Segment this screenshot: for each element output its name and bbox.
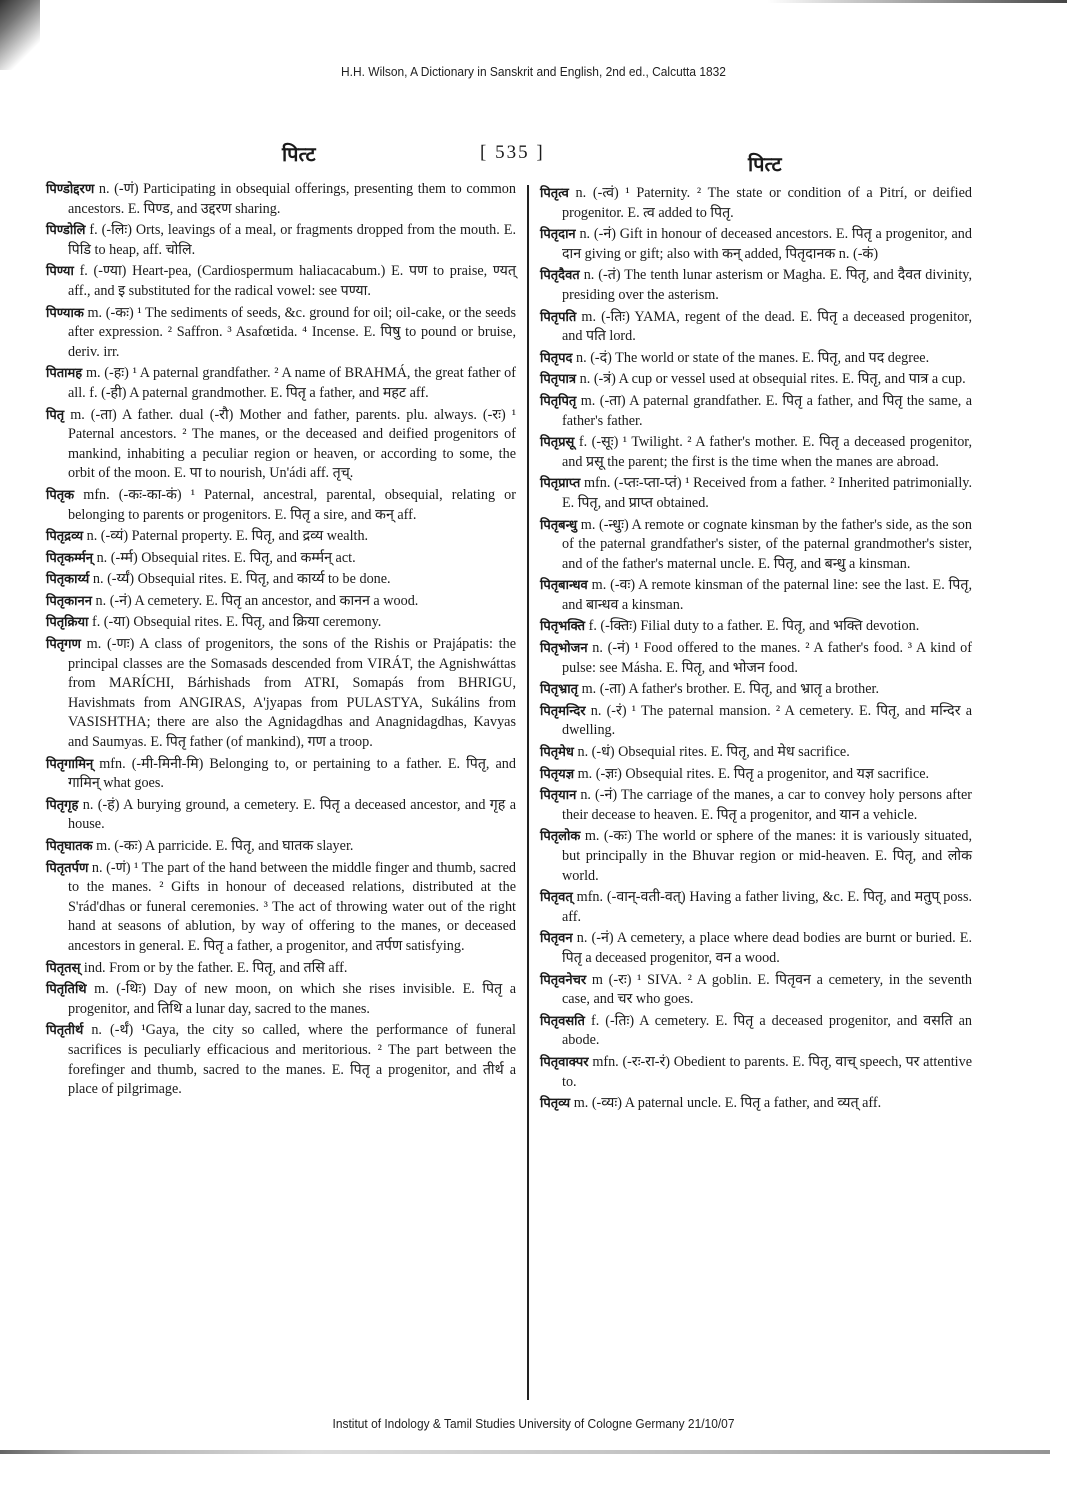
- entry-definition: f. (-लिः) Orts, leavings of a meal, or f…: [68, 222, 516, 258]
- column-divider: [527, 185, 529, 1400]
- entry-headword: पितृपद: [540, 351, 572, 366]
- entry-definition: n. (-नं) The carriage of the manes, a ca…: [562, 787, 972, 823]
- dictionary-entry: पितृबान्धव m. (-वः) A remote kinsman of …: [540, 576, 972, 615]
- dictionary-entry: पितृपितृ m. (-ता) A paternal grandfather…: [540, 392, 972, 431]
- entry-headword: पितृमेध: [540, 745, 574, 760]
- entry-headword: पितृगामिन्: [46, 757, 93, 772]
- entry-headword: पितृत्व: [540, 186, 569, 201]
- dictionary-entry: पिण्डोलि f. (-लिः) Orts, leavings of a m…: [46, 221, 516, 260]
- entry-definition: m. (-कः) ¹ The sediments of seeds, &c. g…: [68, 305, 516, 360]
- dictionary-entry: पितृमेध n. (-धं) Obsequial rites. E. पित…: [540, 743, 972, 763]
- dictionary-entry: पितृभोजन n. (-नं) ¹ Food offered to the …: [540, 639, 972, 678]
- entry-definition: m. (-कः) The world or sphere of the mane…: [562, 828, 972, 883]
- entry-definition: n. (-नं) Gift in honour of deceased ance…: [562, 226, 972, 262]
- dictionary-entry: पितृगण m. (-णः) A class of progenitors, …: [46, 635, 516, 753]
- dictionary-entry: पितृमन्दिर n. (-रं) ¹ The paternal mansi…: [540, 702, 972, 741]
- entry-headword: पिण्डोलि: [46, 223, 85, 238]
- entry-definition: n. (-नं) A cemetery, a place where dead …: [562, 930, 972, 966]
- entry-definition: n. (-तं) The tenth lunar asterism or Mag…: [562, 267, 972, 303]
- dictionary-entry: पितृबन्धु m. (-न्धुः) A remote or cognat…: [540, 516, 972, 575]
- entry-headword: पितृतर्पण: [46, 861, 88, 876]
- entry-headword: पितृवनेचर: [540, 973, 586, 988]
- dictionary-entry: पितृवत् mfn. (-वान्-वती-वत्) Having a fa…: [540, 888, 972, 927]
- entry-headword: पितृपितृ: [540, 394, 576, 409]
- dictionary-entry: पितृक्रिया f. (-या) Obsequial rites. E. …: [46, 613, 516, 633]
- entry-definition: n. (-नं) A cemetery. E. पितृ an ancestor…: [96, 593, 419, 609]
- entry-definition: n. (-त्वं) ¹ Paternity. ² The state or c…: [562, 185, 972, 221]
- entry-definition: n. (-णं) Participating in obsequial offe…: [68, 181, 516, 217]
- entry-headword: पितृतस्: [46, 961, 80, 976]
- entry-definition: mfn. (-वान्-वती-वत्) Having a father liv…: [562, 889, 972, 925]
- entry-headword: पिण्याक: [46, 306, 84, 321]
- entry-headword: पितृतिथि: [46, 982, 87, 997]
- entry-headword: पितृप्राप्त: [540, 476, 580, 491]
- entry-headword: पितृदैवत: [540, 268, 580, 283]
- dictionary-entry: पितृपात्र n. (-त्रं) A cup or vessel use…: [540, 370, 972, 390]
- entry-headword: पितृक्रिया: [46, 615, 88, 630]
- entry-definition: m. (-वः) A remote kinsman of the paterna…: [562, 577, 972, 613]
- entry-headword: पितृकार्य्य: [46, 572, 89, 587]
- dictionary-entry: पिण्या f. (-ण्या) Heart-pea, (Cardiosper…: [46, 262, 516, 301]
- entry-definition: n. (-रं) ¹ The paternal mansion. ² A cem…: [562, 703, 972, 739]
- entry-definition: n. (-हं) A burying ground, a cemetery. E…: [68, 797, 516, 833]
- entry-headword: पितृवसति: [540, 1014, 585, 1029]
- entry-headword: पितृभक्ति: [540, 619, 585, 634]
- entry-definition: f. (-क्तिः) Filial duty to a father. E. …: [589, 618, 920, 634]
- entry-headword: पितृकर्म्मन्: [46, 551, 93, 566]
- dictionary-entry: पितृदान n. (-नं) Gift in honour of decea…: [540, 225, 972, 264]
- entry-definition: m. (-तिः) YAMA, regent of the dead. E. प…: [562, 309, 972, 345]
- entry-definition: m. (-ता) A paternal grandfather. E. पितृ…: [562, 393, 972, 429]
- header-credit: H.H. Wilson, A Dictionary in Sanskrit an…: [43, 64, 1025, 79]
- entry-headword: पितृबान्धव: [540, 578, 588, 593]
- dictionary-entry: पितृतिथि m. (-थिः) Day of new moon, on w…: [46, 980, 516, 1019]
- entry-definition: m. (-हः) ¹ A paternal grandfather. ² A n…: [68, 365, 516, 401]
- dictionary-entry: पितृकानन n. (-नं) A cemetery. E. पितृ an…: [46, 592, 516, 612]
- dictionary-entry: पितृवनेचर m (-रः) ¹ SIVA. ² A goblin. E.…: [540, 971, 972, 1010]
- entry-headword: पितृपात्र: [540, 372, 576, 387]
- dictionary-entry: पितृव्य m. (-व्यः) A paternal uncle. E. …: [540, 1094, 972, 1114]
- entry-definition: mfn. (-मी-मिनी-मि) Belonging to, or pert…: [68, 756, 516, 792]
- dictionary-entry: पितृक mfn. (-कः-का-कं) ¹ Paternal, ances…: [46, 486, 516, 525]
- dictionary-entry: पितृगृह n. (-हं) A burying ground, a cem…: [46, 796, 516, 835]
- entry-definition: n. (-त्रं) A cup or vessel used at obseq…: [580, 371, 966, 387]
- entry-definition: ind. From or by the father. E. पितृ, and…: [84, 960, 348, 976]
- entry-definition: mfn. (-कः-का-कं) ¹ Paternal, ancestral, …: [68, 487, 516, 523]
- entry-headword: पितृवाक्पर: [540, 1055, 589, 1070]
- dictionary-entry: पितृवाक्पर mfn. (-रः-रा-रं) Obedient to …: [540, 1053, 972, 1092]
- entry-definition: mfn. (-प्तः-प्ता-प्तं) ¹ Received from a…: [562, 475, 972, 511]
- entry-definition: n. (-र्य्यं) Obsequial rites. E. पितृ, a…: [93, 571, 391, 587]
- entry-definition: m. (-ज्ञः) Obsequial rites. E. पितृ a pr…: [578, 766, 930, 782]
- dictionary-entry: पितृगामिन् mfn. (-मी-मिनी-मि) Belonging …: [46, 755, 516, 794]
- entry-headword: पितृघातक: [46, 839, 93, 854]
- entry-headword: पितृ: [46, 408, 64, 423]
- entry-headword: पितृद्रव्य: [46, 529, 83, 544]
- entry-definition: n. (-र्म्म) Obsequial rites. E. पितृ, an…: [97, 550, 356, 566]
- entry-headword: पितृदान: [540, 227, 576, 242]
- dictionary-entry: पितृलोक m. (-कः) The world or sphere of …: [540, 827, 972, 886]
- dictionary-entry: पितृघातक m. (-कः) A parricide. E. पितृ, …: [46, 837, 516, 857]
- dictionary-entry: पितृदैवत n. (-तं) The tenth lunar asteri…: [540, 266, 972, 305]
- dictionary-entry: पितृयान n. (-नं) The carriage of the man…: [540, 786, 972, 825]
- entry-definition: f. (-तिः) A cemetery. E. पितृ a deceased…: [562, 1013, 972, 1049]
- entry-headword: पितृपति: [540, 310, 576, 325]
- entry-definition: f. (-सूः) ¹ Twilight. ² A father's mothe…: [562, 434, 972, 470]
- entry-headword: पिण्या: [46, 264, 74, 279]
- entry-definition: f. (-ण्या) Heart-pea, (Cardiospermum hal…: [68, 263, 516, 299]
- dictionary-entry: पितृयज्ञ m. (-ज्ञः) Obsequial rites. E. …: [540, 765, 972, 785]
- entry-headword: पितामह: [46, 366, 82, 381]
- page-number: [ 535 ]: [480, 142, 545, 164]
- entry-headword: पितृभोजन: [540, 641, 588, 656]
- footer-credit: Institut of Indology & Tamil Studies Uni…: [43, 1416, 1025, 1431]
- entry-headword: पितृतीर्थ: [46, 1023, 83, 1038]
- entry-headword: पितृगृह: [46, 798, 78, 813]
- dictionary-entry: पितृ m. (-ता) A father. dual (-रौ) Mothe…: [46, 406, 516, 484]
- dictionary-entry: पितृतर्पण n. (-णं) ¹ The part of the han…: [46, 859, 516, 957]
- left-column: पिण्डोद्दरण n. (-णं) Participating in ob…: [46, 180, 516, 1102]
- dictionary-entry: पितृकार्य्य n. (-र्य्यं) Obsequial rites…: [46, 570, 516, 590]
- scan-edge-line-top: [767, 0, 1067, 3]
- entry-definition: m. (-व्यः) A paternal uncle. E. पितृ a f…: [574, 1095, 881, 1111]
- entry-headword: पितृलोक: [540, 829, 580, 844]
- entry-headword: पितृबन्धु: [540, 518, 577, 533]
- right-column: पितृत्व n. (-त्वं) ¹ Paternity. ² The st…: [540, 184, 972, 1116]
- entry-definition: m (-रः) ¹ SIVA. ² A goblin. E. पितृवन a …: [562, 972, 972, 1008]
- entry-headword: पितृकानन: [46, 594, 92, 609]
- dictionary-entry: पिण्डोद्दरण n. (-णं) Participating in ob…: [46, 180, 516, 219]
- entry-definition: n. (-र्थं) ¹Gaya, the city so called, wh…: [68, 1022, 516, 1097]
- entry-headword: पितृवत्: [540, 890, 573, 905]
- entry-headword: पितृव्य: [540, 1096, 570, 1111]
- entry-definition: n. (-नं) ¹ Food offered to the manes. ² …: [562, 640, 972, 676]
- dictionary-entry: पितृप्रसू f. (-सूः) ¹ Twilight. ² A fath…: [540, 433, 972, 472]
- entry-headword: पितृवन: [540, 931, 573, 946]
- dictionary-entry: पितृतीर्थ n. (-र्थं) ¹Gaya, the city so …: [46, 1021, 516, 1099]
- entry-definition: n. (-व्यं) Paternal property. E. पितृ, a…: [87, 528, 369, 544]
- dictionary-entry: पितृपद n. (-दं) The world or state of th…: [540, 349, 972, 369]
- dictionary-entry: पितृप्राप्त mfn. (-प्तः-प्ता-प्तं) ¹ Rec…: [540, 474, 972, 513]
- entry-definition: m. (-कः) A parricide. E. पितृ, and घातक …: [96, 838, 353, 854]
- entry-headword: पितृभ्रातृ: [540, 682, 578, 697]
- entry-definition: m. (-ता) A father's brother. E. पितृ, an…: [582, 681, 879, 697]
- entry-definition: n. (-धं) Obsequial rites. E. पितृ, and म…: [577, 744, 849, 760]
- entry-definition: m. (-ता) A father. dual (-रौ) Mother and…: [68, 407, 516, 482]
- entry-headword: पितृक: [46, 488, 74, 503]
- running-head-right: पित्ट: [748, 150, 782, 177]
- entry-definition: mfn. (-रः-रा-रं) Obedient to parents. E.…: [562, 1054, 972, 1090]
- entry-headword: पिण्डोद्दरण: [46, 182, 94, 197]
- entry-definition: m. (-णः) A class of progenitors, the son…: [68, 636, 516, 750]
- scan-edge-shadow: [0, 0, 40, 70]
- entry-headword: पितृप्रसू: [540, 435, 574, 450]
- entry-definition: n. (-णं) ¹ The part of the hand between …: [68, 860, 516, 954]
- entry-definition: n. (-दं) The world or state of the manes…: [576, 350, 929, 366]
- dictionary-entry: पितृद्रव्य n. (-व्यं) Paternal property.…: [46, 527, 516, 547]
- entry-headword: पितृमन्दिर: [540, 704, 586, 719]
- dictionary-entry: पितृभक्ति f. (-क्तिः) Filial duty to a f…: [540, 617, 972, 637]
- dictionary-entry: पितृभ्रातृ m. (-ता) A father's brother. …: [540, 680, 972, 700]
- dictionary-entry: पितृत्व n. (-त्वं) ¹ Paternity. ² The st…: [540, 184, 972, 223]
- scan-edge-line-bottom: [0, 1450, 1050, 1454]
- dictionary-entry: पितृवन n. (-नं) A cemetery, a place wher…: [540, 929, 972, 968]
- running-head-left: पित्ट: [282, 140, 316, 167]
- dictionary-entry: पितामह m. (-हः) ¹ A paternal grandfather…: [46, 364, 516, 403]
- entry-definition: m. (-न्धुः) A remote or cognate kinsman …: [562, 517, 972, 572]
- dictionary-entry: पितृकर्म्मन् n. (-र्म्म) Obsequial rites…: [46, 549, 516, 569]
- dictionary-entry: पिण्याक m. (-कः) ¹ The sediments of seed…: [46, 304, 516, 363]
- dictionary-entry: पितृवसति f. (-तिः) A cemetery. E. पितृ a…: [540, 1012, 972, 1051]
- entry-headword: पितृयान: [540, 788, 576, 803]
- entry-headword: पितृगण: [46, 637, 81, 652]
- dictionary-entry: पितृपति m. (-तिः) YAMA, regent of the de…: [540, 308, 972, 347]
- entry-definition: m. (-थिः) Day of new moon, on which she …: [68, 981, 516, 1017]
- entry-definition: f. (-या) Obsequial rites. E. पितृ, and क…: [92, 614, 381, 630]
- dictionary-entry: पितृतस् ind. From or by the father. E. प…: [46, 959, 516, 979]
- entry-headword: पितृयज्ञ: [540, 767, 574, 782]
